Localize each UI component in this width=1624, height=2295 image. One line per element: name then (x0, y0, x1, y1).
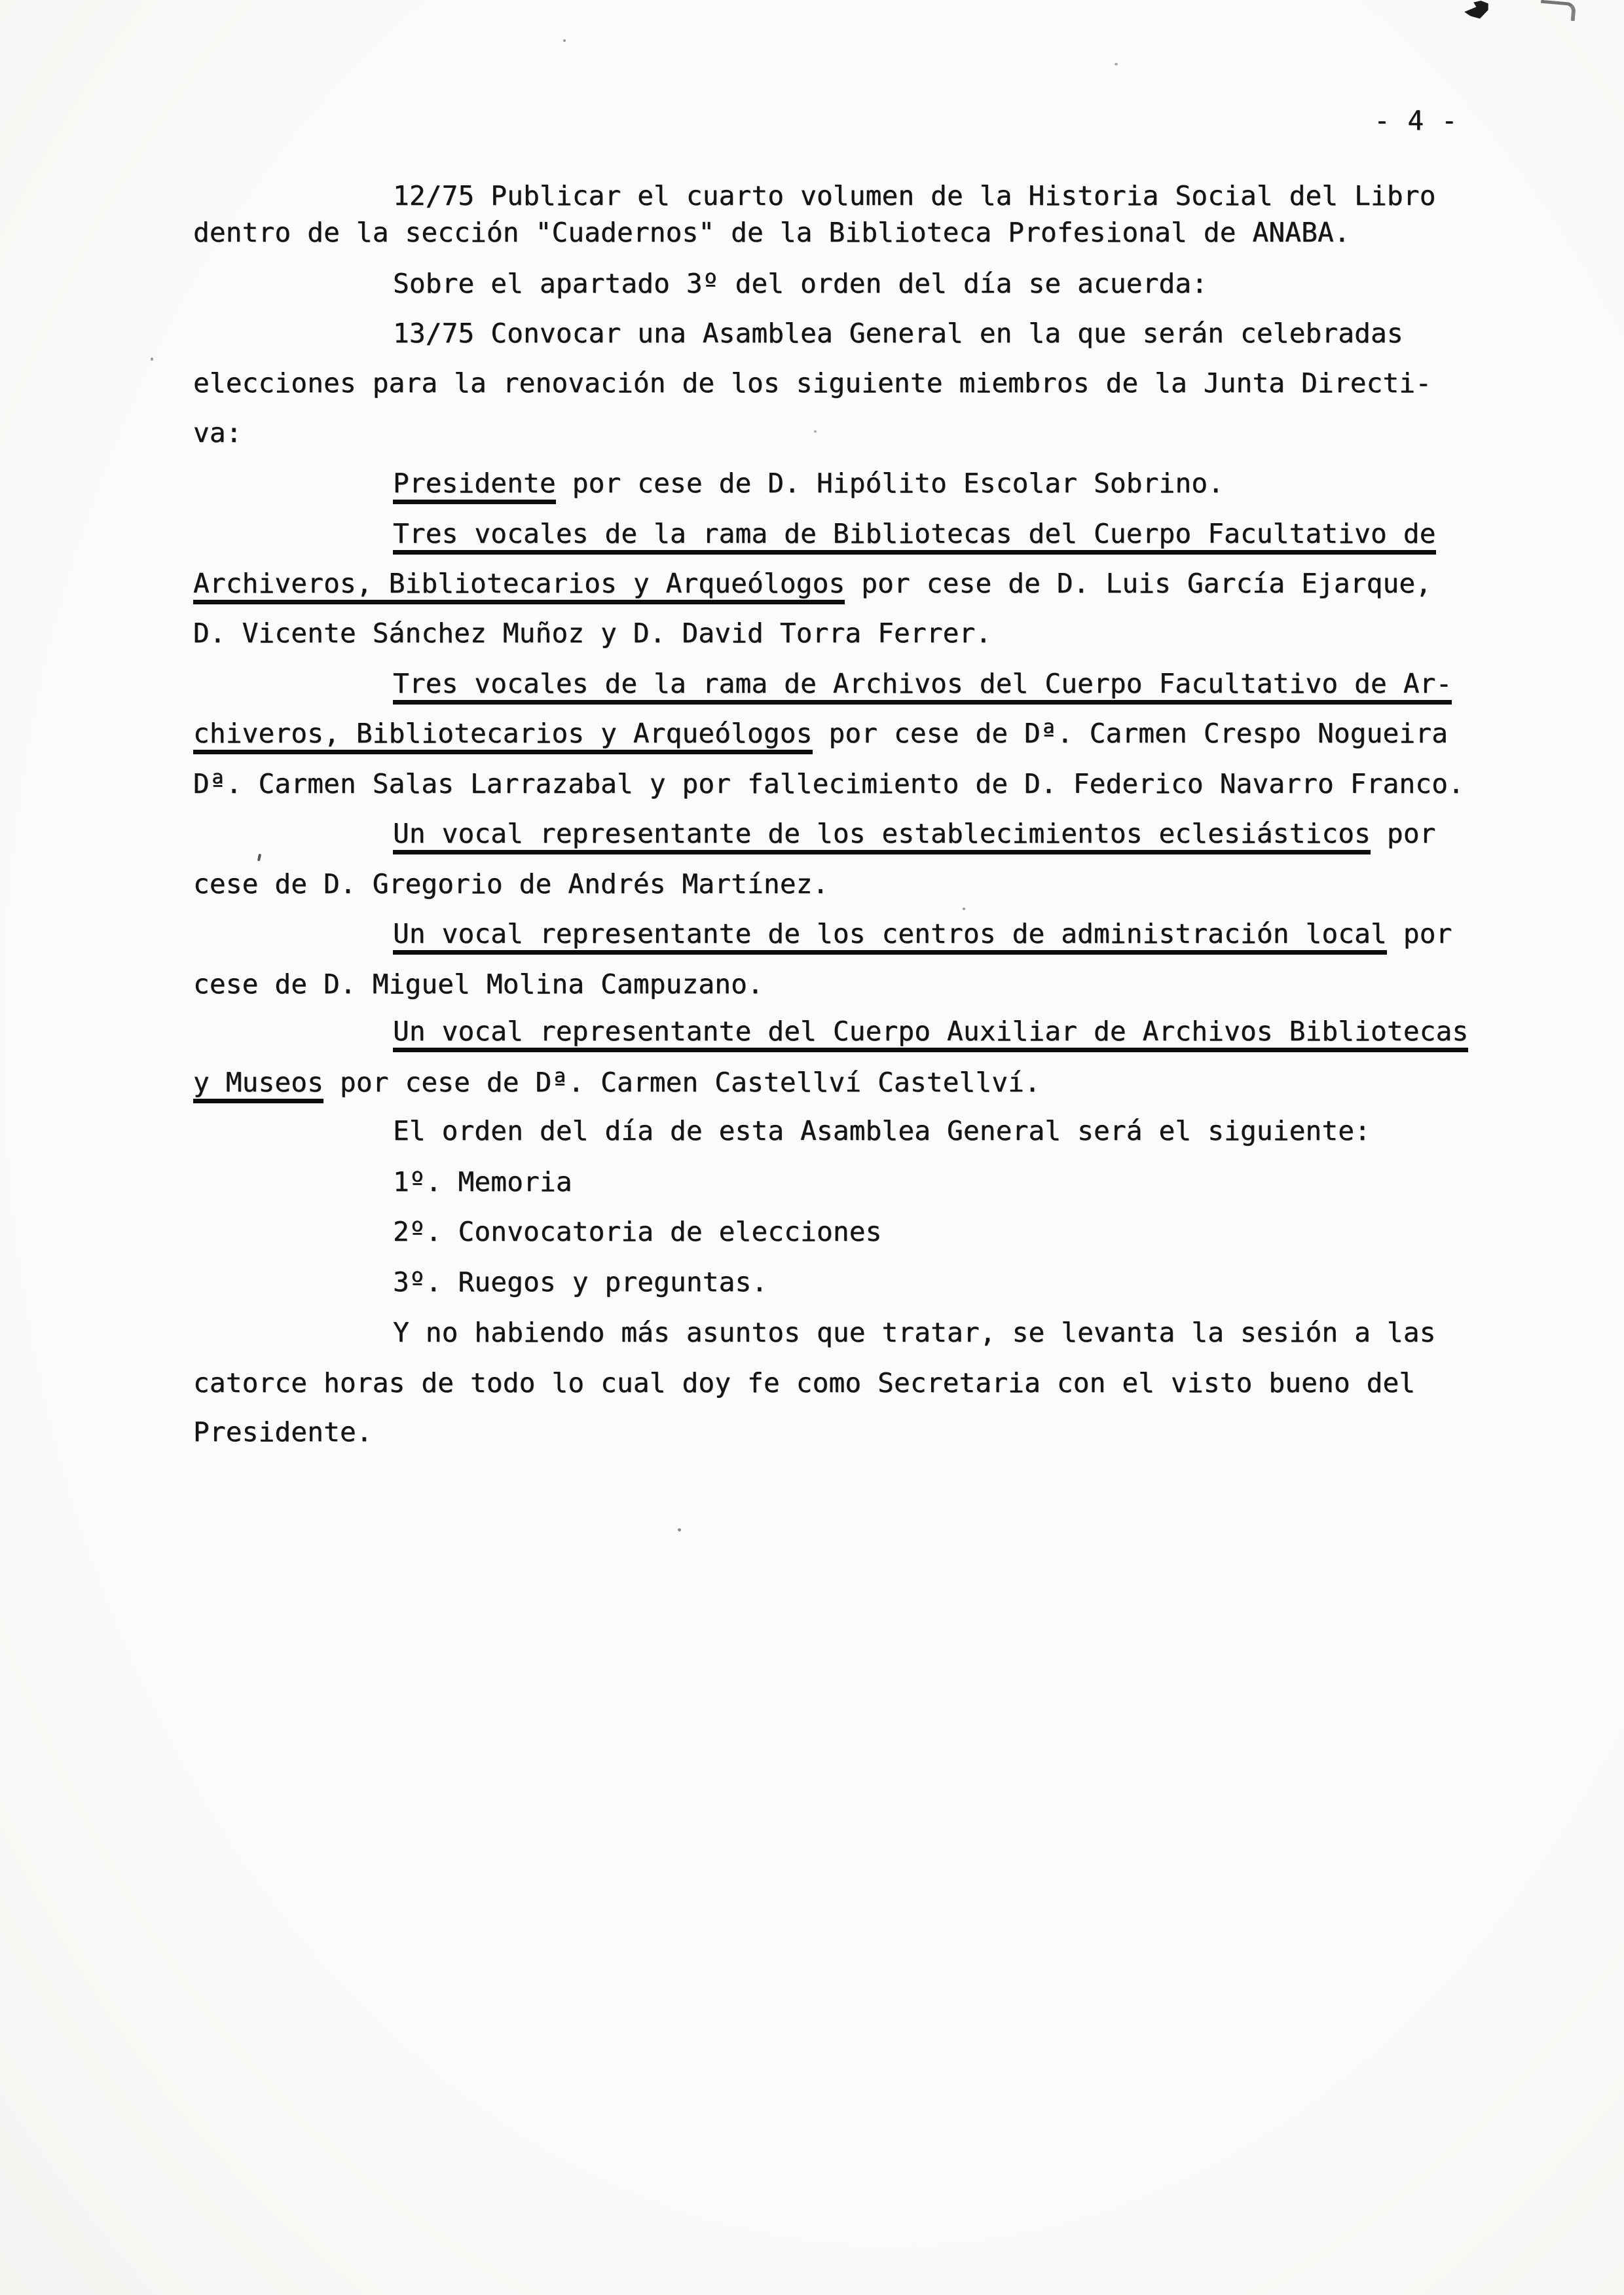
line-text: Sobre el apartado 3º del orden del día s… (393, 268, 1208, 299)
text-line: va: (193, 417, 242, 449)
line-text: 1º. Memoria (393, 1166, 572, 1198)
line-text: Presidente. (193, 1416, 373, 1448)
underlined-text: Archiveros, Bibliotecarios y Arqueólogos (193, 568, 845, 604)
text-line: Y no habiendo más asuntos que tratar, se… (393, 1317, 1436, 1349)
text-line: D. Vicente Sánchez Muñoz y D. David Torr… (193, 617, 991, 650)
line-text: Dª. Carmen Salas Larrazabal y por fallec… (193, 768, 1464, 799)
text-line: Sobre el apartado 3º del orden del día s… (393, 268, 1208, 300)
scan-speck (563, 39, 566, 42)
text-line: Tres vocales de la rama de Bibliotecas d… (393, 518, 1436, 550)
underlined-text: chiveros, Bibliotecarios y Arqueólogos (193, 718, 813, 754)
page-number: - 4 - (1374, 105, 1458, 136)
line-text: dentro de la sección "Cuadernos" de la B… (193, 217, 1350, 248)
line-text: cese de D. Miguel Molina Campuzano. (193, 968, 764, 1000)
scan-speck (814, 430, 817, 433)
line-text: por cese de Dª. Carmen Castellví Castell… (323, 1067, 1041, 1098)
line-text: D. Vicente Sánchez Muñoz y D. David Torr… (193, 617, 991, 649)
underlined-text: Presidente (393, 468, 556, 504)
line-text: 2º. Convocatoria de elecciones (393, 1216, 882, 1247)
ink-smudge-icon (1463, 0, 1490, 21)
underlined-text: Tres vocales de la rama de Bibliotecas d… (393, 518, 1436, 555)
underlined-text: Un vocal representante de los centros de… (393, 918, 1387, 955)
line-text: por cese de Dª. Carmen Crespo Nogueira (813, 718, 1448, 749)
line-text: por cese de D. Hipólito Escolar Sobrino. (556, 468, 1224, 499)
text-line: Un vocal representante de los establecim… (393, 818, 1436, 850)
text-line: 3º. Ruegos y preguntas. (393, 1266, 767, 1298)
text-line: catorce horas de todo lo cual doy fe com… (193, 1367, 1415, 1399)
line-text: por cese de D. Luis García Ejarque, (845, 568, 1431, 599)
line-text: 13/75 Convocar una Asamblea General en l… (393, 318, 1403, 349)
text-line: 2º. Convocatoria de elecciones (393, 1216, 882, 1248)
line-text: por (1387, 918, 1452, 949)
line-text: elecciones para la renovación de los sig… (193, 367, 1431, 399)
underlined-text: y Museos (193, 1067, 323, 1103)
scan-speck (257, 854, 261, 862)
line-text: El orden del día de esta Asamblea Genera… (393, 1115, 1371, 1147)
text-line: Tres vocales de la rama de Archivos del … (393, 668, 1452, 700)
text-line: Un vocal representante de los centros de… (393, 918, 1452, 950)
text-line: 1º. Memoria (393, 1166, 572, 1198)
line-text: va: (193, 417, 242, 449)
scan-speck (963, 908, 965, 910)
underlined-text: Un vocal representante del Cuerpo Auxili… (393, 1016, 1468, 1052)
text-line: 13/75 Convocar una Asamblea General en l… (393, 318, 1403, 350)
text-line: chiveros, Bibliotecarios y Arqueólogos p… (193, 718, 1448, 750)
text-line: cese de D. Miguel Molina Campuzano. (193, 968, 764, 1001)
line-text: 3º. Ruegos y preguntas. (393, 1266, 767, 1298)
text-line: Archiveros, Bibliotecarios y Arqueólogos… (193, 568, 1431, 600)
text-line: Dª. Carmen Salas Larrazabal y por fallec… (193, 768, 1464, 800)
ink-smudge-icon (1540, 0, 1576, 21)
text-line: Presidente. (193, 1416, 373, 1448)
scan-speck (1115, 63, 1118, 65)
document-page: - 4 - 12/75 Publicar el cuarto volumen d… (0, 0, 1624, 2295)
line-text: catorce horas de todo lo cual doy fe com… (193, 1367, 1415, 1399)
underlined-text: Tres vocales de la rama de Archivos del … (393, 668, 1452, 705)
scan-speck (151, 358, 153, 361)
text-line: elecciones para la renovación de los sig… (193, 367, 1431, 399)
text-line: 12/75 Publicar el cuarto volumen de la H… (393, 180, 1436, 212)
text-line: Presidente por cese de D. Hipólito Escol… (393, 468, 1224, 500)
scan-speck (678, 1528, 681, 1532)
line-text: por (1371, 818, 1436, 849)
line-text: cese de D. Gregorio de Andrés Martínez. (193, 868, 828, 900)
line-text: Y no habiendo más asuntos que tratar, se… (393, 1317, 1436, 1348)
text-line: cese de D. Gregorio de Andrés Martínez. (193, 868, 828, 900)
text-line: dentro de la sección "Cuadernos" de la B… (193, 217, 1350, 249)
text-line: Un vocal representante del Cuerpo Auxili… (393, 1016, 1468, 1048)
text-line: y Museos por cese de Dª. Carmen Castellv… (193, 1067, 1041, 1099)
underlined-text: Un vocal representante de los establecim… (393, 818, 1371, 854)
text-line: El orden del día de esta Asamblea Genera… (393, 1115, 1371, 1147)
line-text: 12/75 Publicar el cuarto volumen de la H… (393, 180, 1436, 211)
